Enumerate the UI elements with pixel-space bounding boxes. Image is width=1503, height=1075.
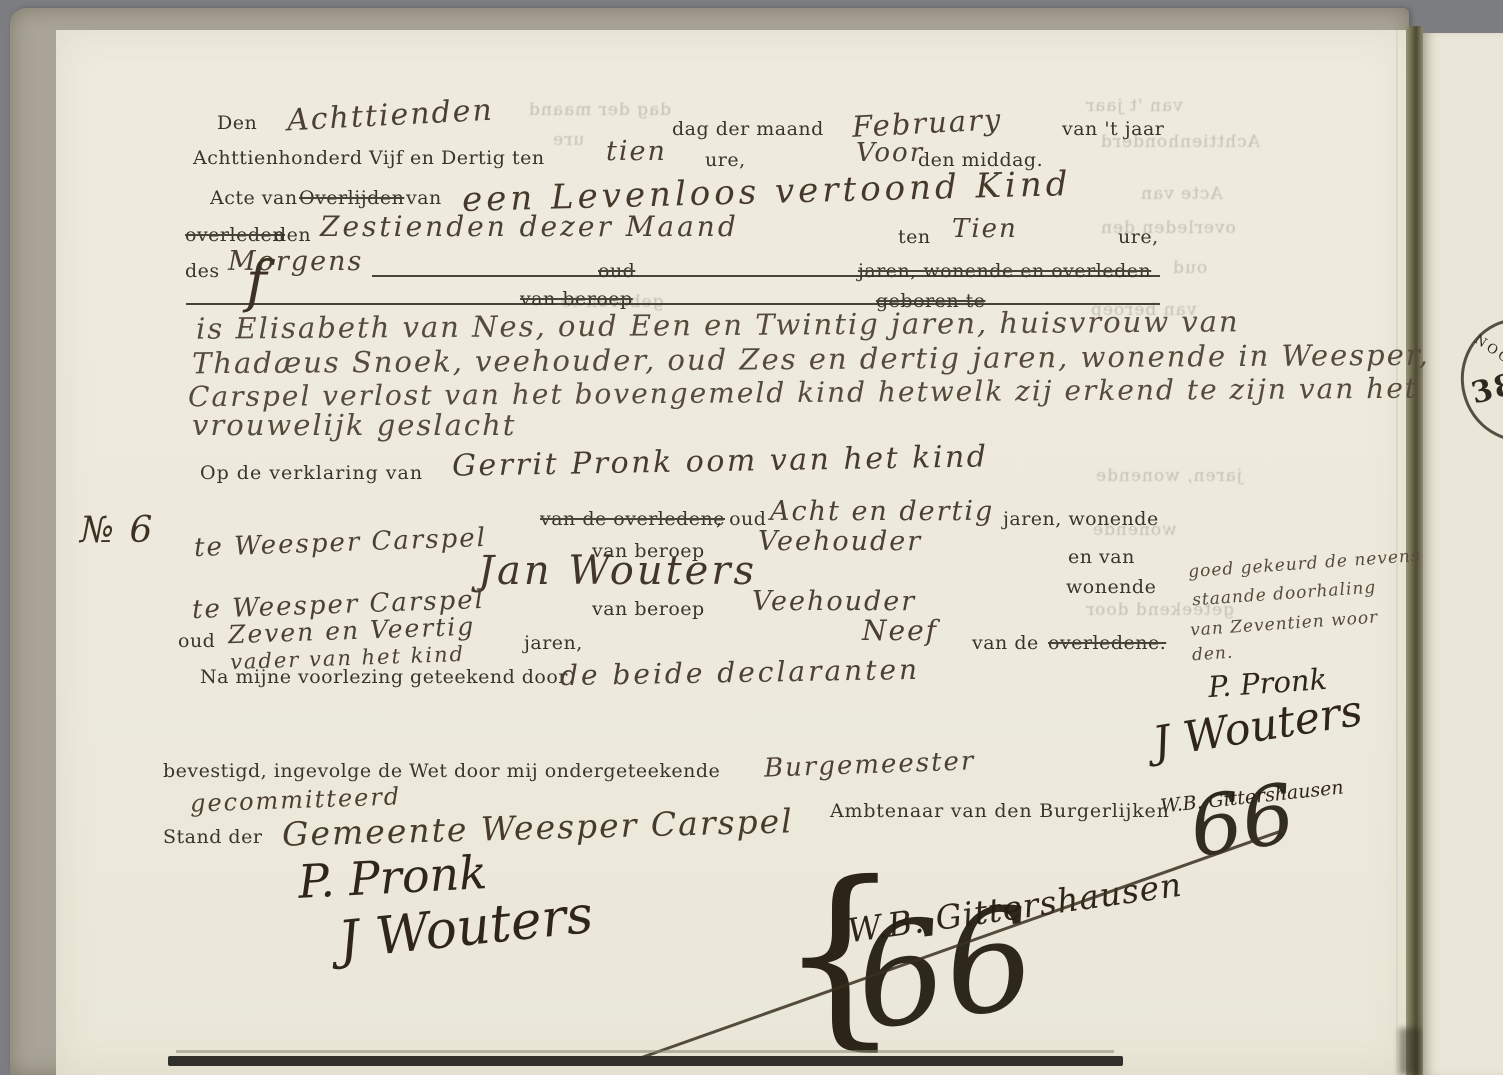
blank-rule (186, 303, 1160, 305)
hw-body-line: vrouwelijk geslacht (192, 408, 516, 442)
bleedthrough-text: ure (552, 130, 584, 150)
bleedthrough-text: dag der maand (528, 100, 671, 120)
printed-overleden-struck: overleden (185, 224, 285, 246)
stamp-number: 38 (1468, 366, 1503, 411)
scan-edge-shadow (176, 1050, 1114, 1053)
printed-van: van (406, 187, 442, 209)
hw-declarant2-name: Jan Wouters (478, 548, 757, 594)
printed-van-beroep2: van beroep (592, 598, 705, 620)
printed-ure: ure, (705, 149, 746, 171)
printed-en-van: en van (1068, 546, 1135, 568)
printed-jaren-wonende-struck: jaren, wonende en overleden (858, 260, 1151, 282)
bleedthrough-text: jaren, wonende (1095, 466, 1242, 486)
printed-op-de-verklaring: Op de verklaring van (200, 462, 423, 484)
hw-voorlezing: de beide declaranten (560, 653, 921, 692)
hw-declarant1-age: Acht en dertig (770, 496, 994, 527)
scan-edge-bar (168, 1056, 1123, 1066)
printed-na-mijne-voorlezing: Na mijne voorlezing geteekend door (200, 666, 568, 688)
printed-jaren-wonende: jaren, wonende (1003, 508, 1159, 530)
printed-jaren2: jaren, (524, 632, 583, 654)
printed-ure2: ure, (1118, 226, 1159, 248)
printed-oud-struck: oud (598, 260, 635, 282)
archive-stamp: 38 NOO (1448, 306, 1503, 455)
signature-paraph-bottom: 66 (846, 876, 1045, 1062)
printed-van-de: van de (972, 632, 1039, 654)
printed-dag-der-maand: dag der maand (672, 118, 824, 140)
printed-stand-der: Stand der (163, 826, 262, 848)
printed-van-beroep-struck: van beroep (520, 288, 633, 310)
printed-den2: den (274, 224, 311, 246)
bleedthrough-text: Acte van (1140, 184, 1223, 204)
next-page-edge: 38 NOO (1423, 33, 1503, 1075)
printed-overledene-struck: overledene. (1048, 632, 1166, 654)
hw-event-hour: Tien (952, 214, 1018, 244)
hw-declarant1-occupation: Veehouder (758, 526, 922, 557)
hw-event-date: Zestienden dezer Maand (320, 210, 739, 243)
printed-ambtenaar: Ambtenaar van den Burgerlijken (830, 800, 1170, 822)
margin-approval-note-line: den. (1191, 643, 1234, 666)
hw-hour-registration: tien (606, 136, 667, 167)
hw-relation: Neef (862, 614, 938, 647)
printed-des: des (185, 260, 220, 282)
stamp-arc-text: NOO (1471, 332, 1503, 368)
printed-van-t-jaar: van 't jaar (1062, 118, 1164, 140)
bleedthrough-text: van 't jaar (1085, 96, 1183, 116)
printed-oud2: oud (178, 630, 215, 652)
bleedthrough-text: oud (1172, 258, 1207, 278)
hw-act-number: № 6 (80, 510, 154, 551)
printed-den-label: Den (217, 112, 257, 134)
scanned-civil-register-page: 38 NOO dag der maand ure van 't jaar Ach… (0, 0, 1503, 1075)
printed-acte-van: Acte van (210, 187, 298, 209)
ink-flourish: f (246, 250, 269, 315)
printed-ten: ten (898, 226, 931, 248)
printed-wonende: wonende (1066, 576, 1156, 598)
printed-bevestigd-line: bevestigd, ingevolge de Wet door mij ond… (163, 760, 720, 782)
hw-voor: Voor (856, 138, 924, 168)
printed-van-de-overledene-struck: van de overledene (540, 508, 725, 530)
printed-year-line: Achttienhonderd Vijf en Dertig ten (193, 147, 545, 169)
hw-declarant2-occupation: Veehouder (752, 586, 916, 617)
gutter-shadow (1399, 1028, 1421, 1075)
printed-overlijden-struck: Overlijden (299, 187, 404, 209)
